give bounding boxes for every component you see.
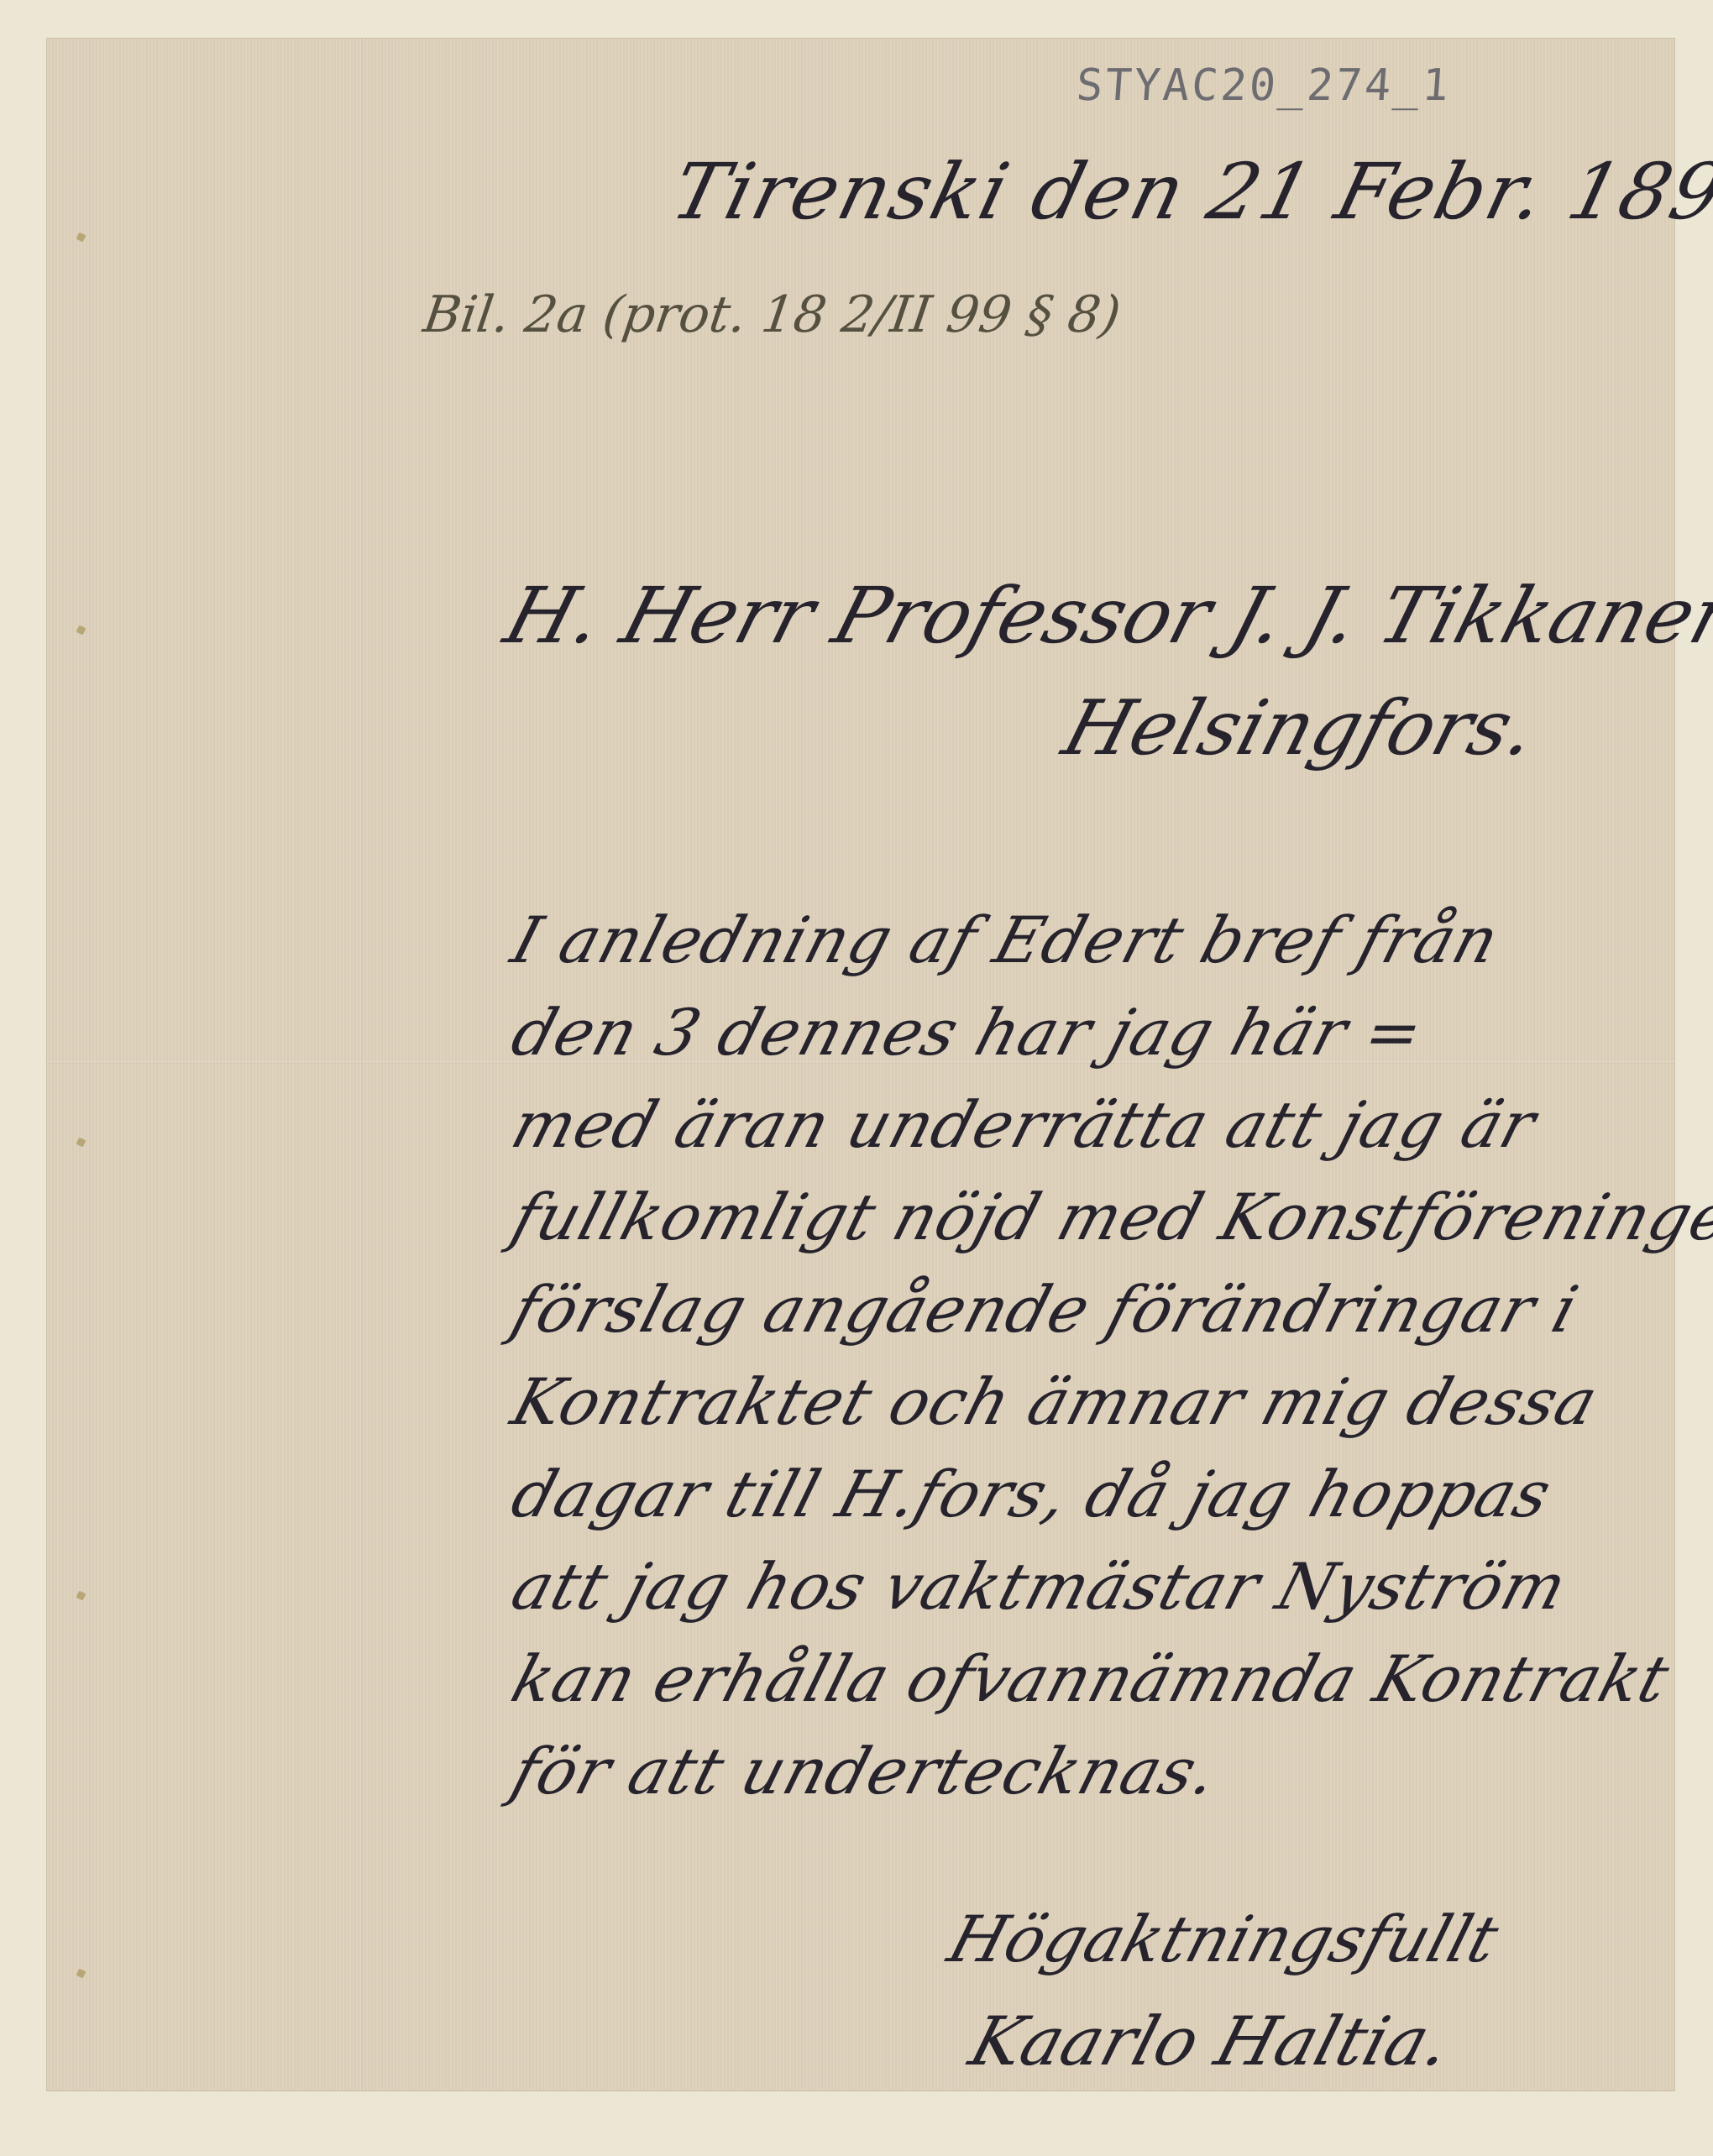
- body-line: att jag hos vaktmästar Nyström: [504, 1549, 1575, 1624]
- binding-hole: [76, 1969, 86, 1979]
- body-line: I anledning af Edert bref från: [504, 903, 1508, 977]
- archive-id-pencil-note: STYAC20_274_1: [1075, 60, 1453, 111]
- recipient-city: Helsingfors.: [1054, 684, 1547, 772]
- signature: Kaarlo Haltia.: [961, 2002, 1459, 2080]
- body-line: för att undertecknas.: [504, 1734, 1227, 1808]
- body-line: dagar till H.fors, då jag hoppas: [504, 1457, 1560, 1531]
- dateline: Tirenski den 21 Febr. 1899.: [663, 147, 1713, 237]
- body-line: förslag angående förändringar i: [504, 1272, 1587, 1347]
- binding-hole: [76, 233, 86, 243]
- body-line: fullkomligt nöjd med Konstföreningens: [504, 1180, 1713, 1254]
- binding-hole: [76, 625, 86, 636]
- reference-note: Bil. 2a (prot. 18 2/II 99 § 8): [420, 285, 1124, 344]
- binding-hole: [76, 1591, 86, 1601]
- body-line: den 3 dennes har jag här =: [504, 995, 1432, 1070]
- recipient-name: H. Herr Professor J. J. Tikkanen: [495, 571, 1713, 661]
- binding-hole: [76, 1138, 86, 1148]
- body-line: Kontraktet och ämnar mig dessa: [504, 1364, 1606, 1439]
- closing: Högaktningsfullt: [940, 1902, 1506, 1976]
- body-line: kan erhålla ofvannämnda Kontrakt: [504, 1641, 1678, 1716]
- body-line: med äran underrätta att jag är: [504, 1087, 1544, 1162]
- vertical-fold-line: [360, 39, 364, 2091]
